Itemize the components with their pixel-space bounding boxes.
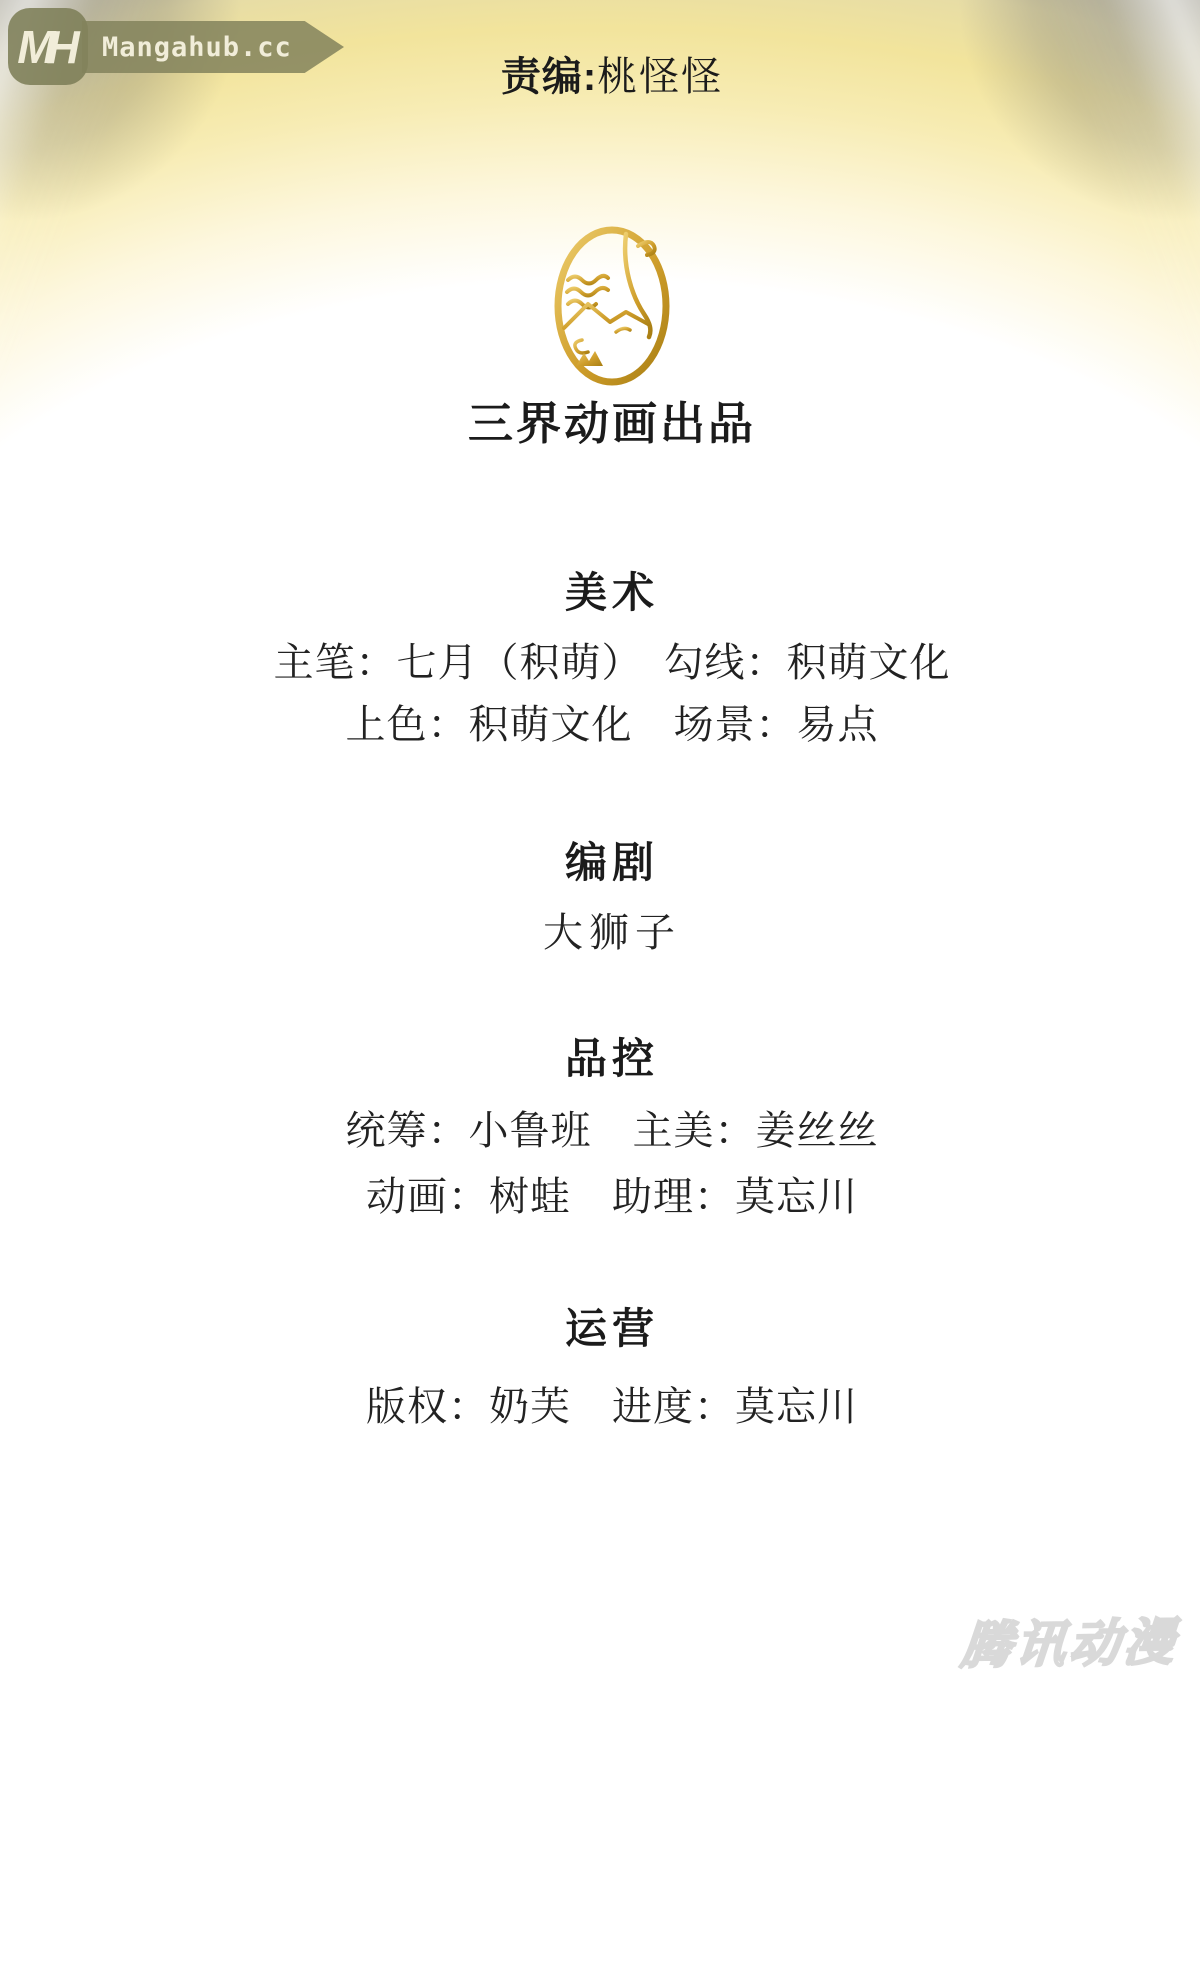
section-heading: 美术 (12, 570, 1200, 616)
editor-name: 桃怪怪 (597, 55, 723, 99)
section-quality-control: 品控 统筹：小鲁班 主美：姜丝丝 动画：树蛙 助理：莫忘川 (12, 1036, 1200, 1222)
section-heading: 编剧 (12, 840, 1200, 886)
studio-seal (12, 224, 1200, 393)
section-operations: 运营 版权：奶芙 进度：莫忘川 (12, 1306, 1200, 1432)
credit-line: 动画：树蛙 助理：莫忘川 (12, 1172, 1200, 1222)
credit-line: 统筹：小鲁班 主美：姜丝丝 (12, 1106, 1200, 1156)
section-heading: 运营 (12, 1306, 1200, 1352)
editor-credit-line: 责编:桃怪怪 (12, 54, 1200, 100)
section-art: 美术 主笔：七月（积萌） 勾线：积萌文化 上色：积萌文化 场景：易点 (12, 570, 1200, 750)
credit-line: 大狮子 (12, 908, 1200, 958)
section-writer: 编剧 大狮子 (12, 840, 1200, 958)
section-heading: 品控 (12, 1036, 1200, 1082)
page-content: MH Mangahub.cc 责编:桃怪怪 (0, 0, 1200, 1974)
credits-page: MH Mangahub.cc 责编:桃怪怪 (0, 0, 1200, 1974)
credit-line: 版权：奶芙 进度：莫忘川 (12, 1382, 1200, 1432)
three-realms-seal-icon (552, 224, 672, 388)
editor-label: 责编: (501, 55, 597, 99)
credit-line: 主笔：七月（积萌） 勾线：积萌文化 (12, 638, 1200, 688)
production-title: 三界动画出品 (12, 399, 1200, 449)
tencent-comics-watermark: 腾讯动漫 (959, 1602, 1182, 1678)
credit-line: 上色：积萌文化 场景：易点 (12, 700, 1200, 750)
